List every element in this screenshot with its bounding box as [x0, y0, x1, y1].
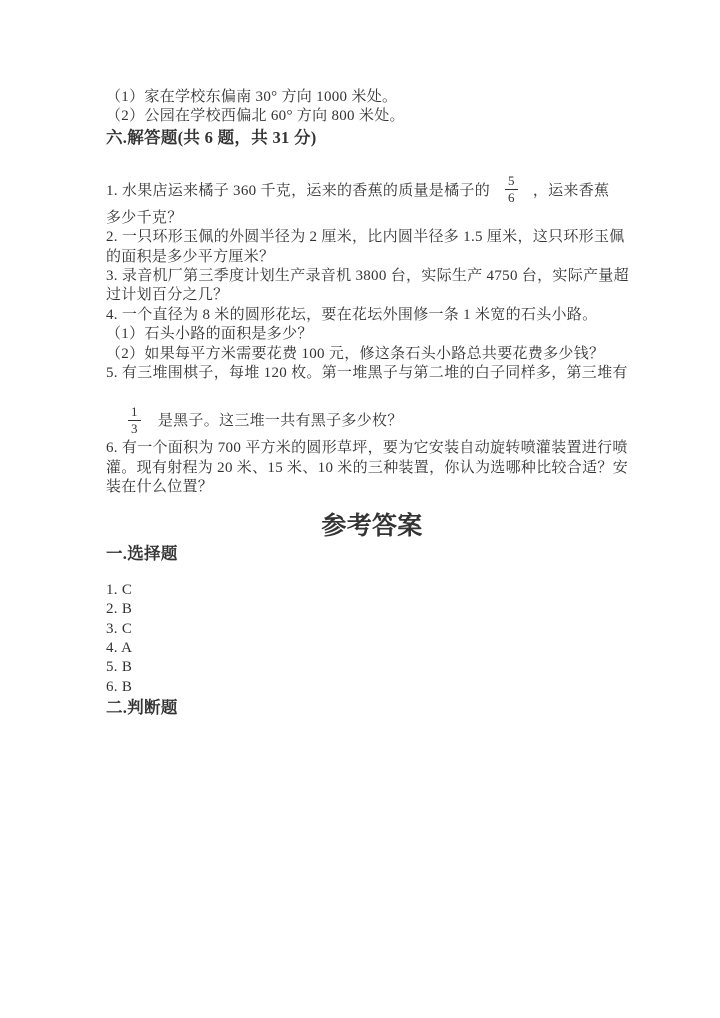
direction-statement-2: （2）公园在学校西偏北 60° 方向 800 米处。: [106, 107, 638, 126]
question-2: 2. 一只环形玉佩的外圆半径为 2 厘米，比内圆半径多 1.5 厘米，这只环形玉…: [106, 228, 638, 267]
question-5-text-after-fraction: 是黑子。这三堆一共有黑子多少枚？: [158, 413, 403, 429]
fraction-denominator: 6: [505, 189, 518, 206]
fraction-denominator: 3: [128, 420, 141, 437]
question-1-line-1: 1. 水果店运来橘子 360 千克，运来的香蕉的质量是橘子的56，运来香蕉: [106, 173, 638, 209]
direction-statement-1: （1）家在学校东偏南 30° 方向 1000 米处。: [106, 88, 638, 107]
question-6: 6. 有一个面积为 700 平方米的圆形草坪，要为它安装自动旋转喷灌装置进行喷灌…: [106, 439, 638, 497]
fraction-numerator: 1: [128, 404, 141, 420]
fraction-1-3: 13: [128, 404, 141, 437]
question-1-text-after-fraction: ，运来香蕉: [533, 183, 610, 199]
section-six-heading: 六.解答题(共 6 题，共 31 分): [106, 127, 638, 148]
answer-section-two-heading: 二.判断题: [106, 697, 638, 718]
answer-item: 6. B: [106, 678, 638, 697]
worksheet-page: （1）家在学校东偏南 30° 方向 1000 米处。 （2）公园在学校西偏北 6…: [0, 0, 720, 1018]
answer-item: 3. C: [106, 620, 638, 639]
question-5: 5. 有三堆围棋子，每堆 120 枚。第一堆黑子与第二堆的白子同样多，第三堆有 …: [106, 364, 638, 439]
question-4: 4. 一个直径为 8 米的圆形花坛，要在花坛外围修一条 1 米宽的石头小路。: [106, 306, 638, 325]
question-4-sub-2: （2）如果每平方米需要花费 100 元，修这条石头小路总共要花费多少钱？: [106, 345, 638, 364]
question-3: 3. 录音机厂第三季度计划生产录音机 3800 台，实际生产 4750 台，实际…: [106, 267, 638, 306]
question-1: 1. 水果店运来橘子 360 千克，运来的香蕉的质量是橘子的56，运来香蕉 多少…: [106, 173, 638, 228]
question-1-line-2: 多少千克？: [106, 209, 638, 228]
answer-item: 4. A: [106, 639, 638, 658]
answer-item: 2. B: [106, 600, 638, 619]
question-4-sub-1: （1）石头小路的面积是多少？: [106, 325, 638, 344]
question-5-line-1: 5. 有三堆围棋子，每堆 120 枚。第一堆黑子与第二堆的白子同样多，第三堆有: [106, 364, 638, 383]
multiple-choice-answers: 1. C 2. B 3. C 4. A 5. B 6. B: [106, 581, 638, 697]
answer-item: 5. B: [106, 658, 638, 677]
answer-key-title: 参考答案: [106, 511, 638, 543]
question-5-line-2: 13是黑子。这三堆一共有黑子多少枚？: [106, 403, 638, 439]
question-1-text-before-fraction: 1. 水果店运来橘子 360 千克，运来的香蕉的质量是橘子的: [106, 183, 490, 199]
answer-item: 1. C: [106, 581, 638, 600]
fraction-numerator: 5: [505, 173, 518, 189]
fraction-5-6: 56: [505, 173, 518, 206]
answer-section-one-heading: 一.选择题: [106, 543, 638, 564]
